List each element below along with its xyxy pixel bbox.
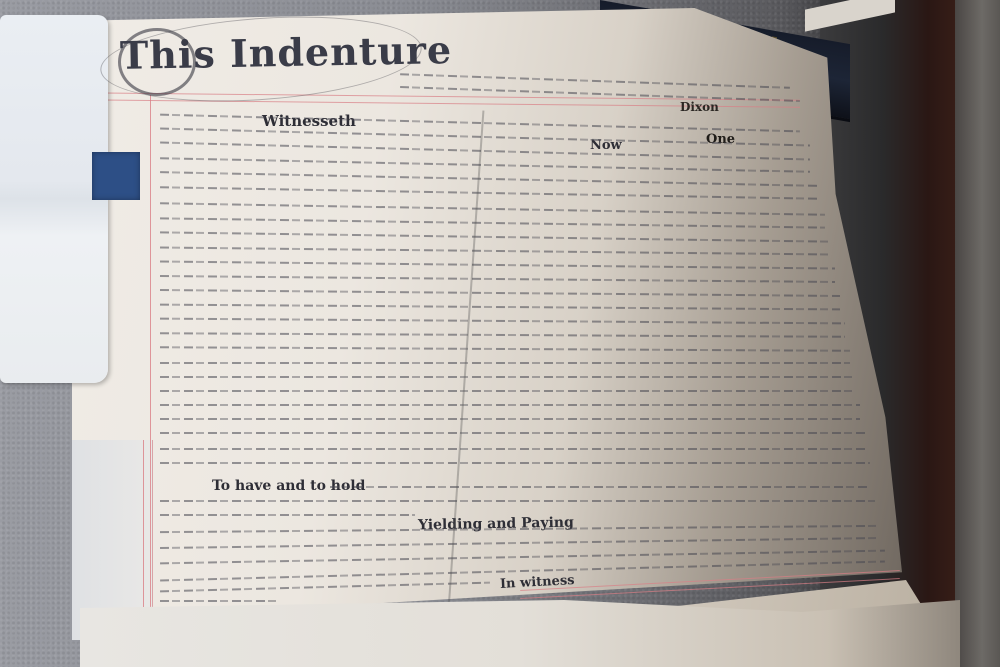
script-line — [160, 600, 280, 602]
margin-rule — [150, 95, 151, 625]
blue-seal-tab — [92, 152, 140, 200]
script-line — [160, 432, 865, 434]
wall-strip — [955, 0, 1000, 667]
script-line — [160, 418, 860, 420]
script-line — [160, 448, 865, 450]
script-line — [160, 462, 870, 464]
margin-rule — [143, 440, 144, 630]
heading-witnesseth: Witnesseth — [262, 112, 356, 130]
document-title: This Indenture — [120, 27, 453, 78]
script-line — [160, 362, 850, 364]
script-line — [330, 486, 870, 488]
script-line — [160, 514, 415, 516]
heading-one: One — [706, 132, 735, 147]
heading-dixon: Dixon — [680, 100, 719, 114]
script-line — [160, 376, 855, 378]
script-line — [160, 390, 855, 392]
script-line — [160, 500, 875, 502]
script-line — [160, 404, 860, 406]
